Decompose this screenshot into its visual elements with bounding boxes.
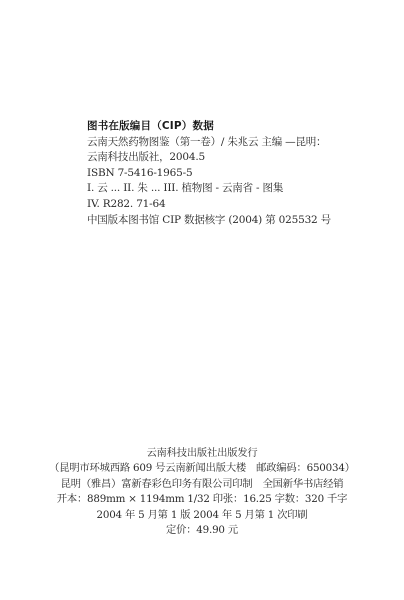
imprint-publisher-line: 云南科技出版社出版发行 — [0, 446, 404, 461]
cip-classification-line: IV. R282. 71-64 — [87, 197, 387, 213]
cip-publisher-line: 云南科技出版社，2004.5 — [87, 150, 387, 166]
imprint-block: 云南科技出版社出版发行 （昆明市环城西路 609 号云南新闻出版大楼 邮政编码：… — [0, 446, 404, 538]
cip-isbn-line: ISBN 7-5416-1965-5 — [87, 166, 387, 182]
cip-record-number-line: 中国版本图书馆 CIP 数据核字 (2004) 第 025532 号 — [87, 213, 387, 229]
imprint-address-line: （昆明市环城西路 609 号云南新闻出版大楼 邮政编码：650034） — [0, 461, 404, 476]
imprint-format-line: 开本：889mm × 1194mm 1/32 印张：16.25 字数：320 千… — [0, 492, 404, 507]
cip-heading: 图书在版编目（CIP）数据 — [87, 119, 387, 135]
imprint-edition-line: 2004 年 5 月第 1 版 2004 年 5 月第 1 次印刷 — [0, 508, 404, 523]
cip-subject-line: I. 云 ... II. 朱 ... III. 植物图 - 云南省 - 图集 — [87, 181, 387, 197]
cip-data-block: 图书在版编目（CIP）数据 云南天然药物图鉴（第一卷）/ 朱兆云 主编 —昆明：… — [87, 119, 387, 228]
cip-title-line: 云南天然药物图鉴（第一卷）/ 朱兆云 主编 —昆明： — [87, 135, 387, 151]
imprint-printer-line: 昆明（雅昌）富新春彩色印务有限公司印制 全国新华书店经销 — [0, 477, 404, 492]
imprint-price-line: 定价：49.90 元 — [0, 523, 404, 538]
